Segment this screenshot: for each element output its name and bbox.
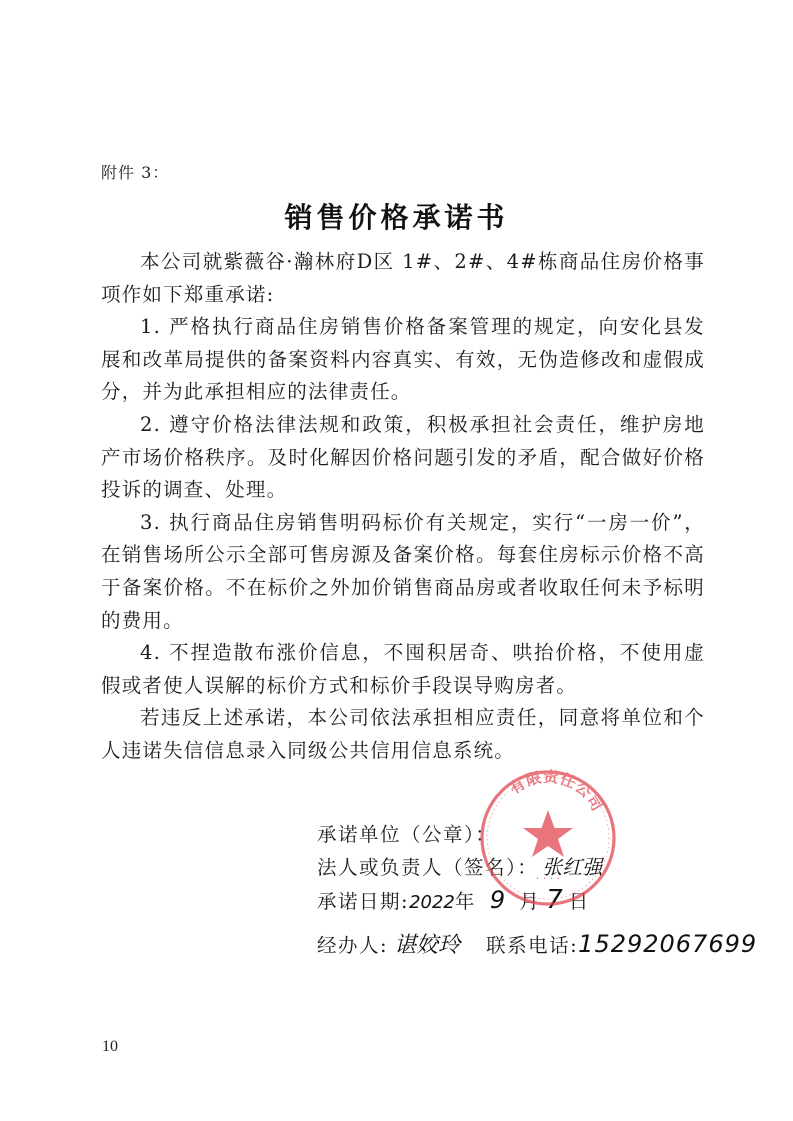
legal-rep-signature: 张红强	[542, 855, 602, 879]
intro-paragraph: 本公司就紫薇谷·瀚林府D区 1#、2#、4#栋商品住房价格事项作如下郑重承诺:	[101, 246, 705, 311]
commitment-item-1: 1. 严格执行商品住房销售价格备案管理的规定，向安化县发展和改革局提供的备案资料…	[101, 311, 705, 409]
year-unit: 年	[455, 890, 476, 913]
date-month: 9	[490, 886, 505, 914]
unit-seal-row: 承诺单位（公章）：	[317, 818, 602, 851]
document-title: 销售价格承诺书	[0, 196, 793, 236]
violation-clause: 若违反上述承诺，本公司依法承担相应责任，同意将单位和个人违诺失信信息录入同级公共…	[101, 702, 705, 767]
handler-signature: 谌姣玲	[394, 933, 460, 958]
contact-row: 经办人:谌姣玲联系电话:15292067699	[317, 928, 757, 959]
attachment-label: 附件 3：	[101, 160, 169, 183]
date-year: 2022	[409, 892, 455, 913]
phone-label: 联系电话:	[486, 934, 578, 957]
handler-label: 经办人:	[317, 934, 388, 957]
document-page: 附件 3： 销售价格承诺书 本公司就紫薇谷·瀚林府D区 1#、2#、4#栋商品住…	[0, 0, 793, 1121]
legal-rep-label: 法人或负责人（签名）：	[317, 856, 538, 879]
page-number: 10	[102, 1038, 118, 1056]
date-label: 承诺日期:	[317, 890, 409, 913]
commitment-item-2: 2. 遵守价格法律法规和政策，积极承担社会责任，维护房地产市场价格秩序。及时化解…	[101, 409, 705, 507]
phone-value: 15292067699	[578, 930, 757, 958]
day-unit: 日	[569, 890, 590, 913]
signature-block: 承诺单位（公章）： 法人或负责人（签名）：张红强 承诺日期:2022年9月7日	[317, 818, 602, 917]
date-day: 7	[546, 885, 563, 915]
commitment-item-4: 4. 不捏造散布涨价信息，不囤积居奇、哄抬价格，不使用虚假或者使人误解的标价方式…	[101, 637, 705, 702]
legal-rep-row: 法人或负责人（签名）：张红强	[317, 851, 602, 884]
svg-text:有限责任公司: 有限责任公司	[506, 768, 607, 815]
month-unit: 月	[519, 890, 540, 913]
date-row: 承诺日期:2022年9月7日	[317, 884, 602, 917]
commitment-item-3: 3. 执行商品住房销售明码标价有关规定，实行“一房一价”，在销售场所公示全部可售…	[101, 507, 705, 637]
document-body: 本公司就紫薇谷·瀚林府D区 1#、2#、4#栋商品住房价格事项作如下郑重承诺: …	[101, 246, 705, 768]
unit-seal-label: 承诺单位（公章）：	[317, 823, 496, 846]
